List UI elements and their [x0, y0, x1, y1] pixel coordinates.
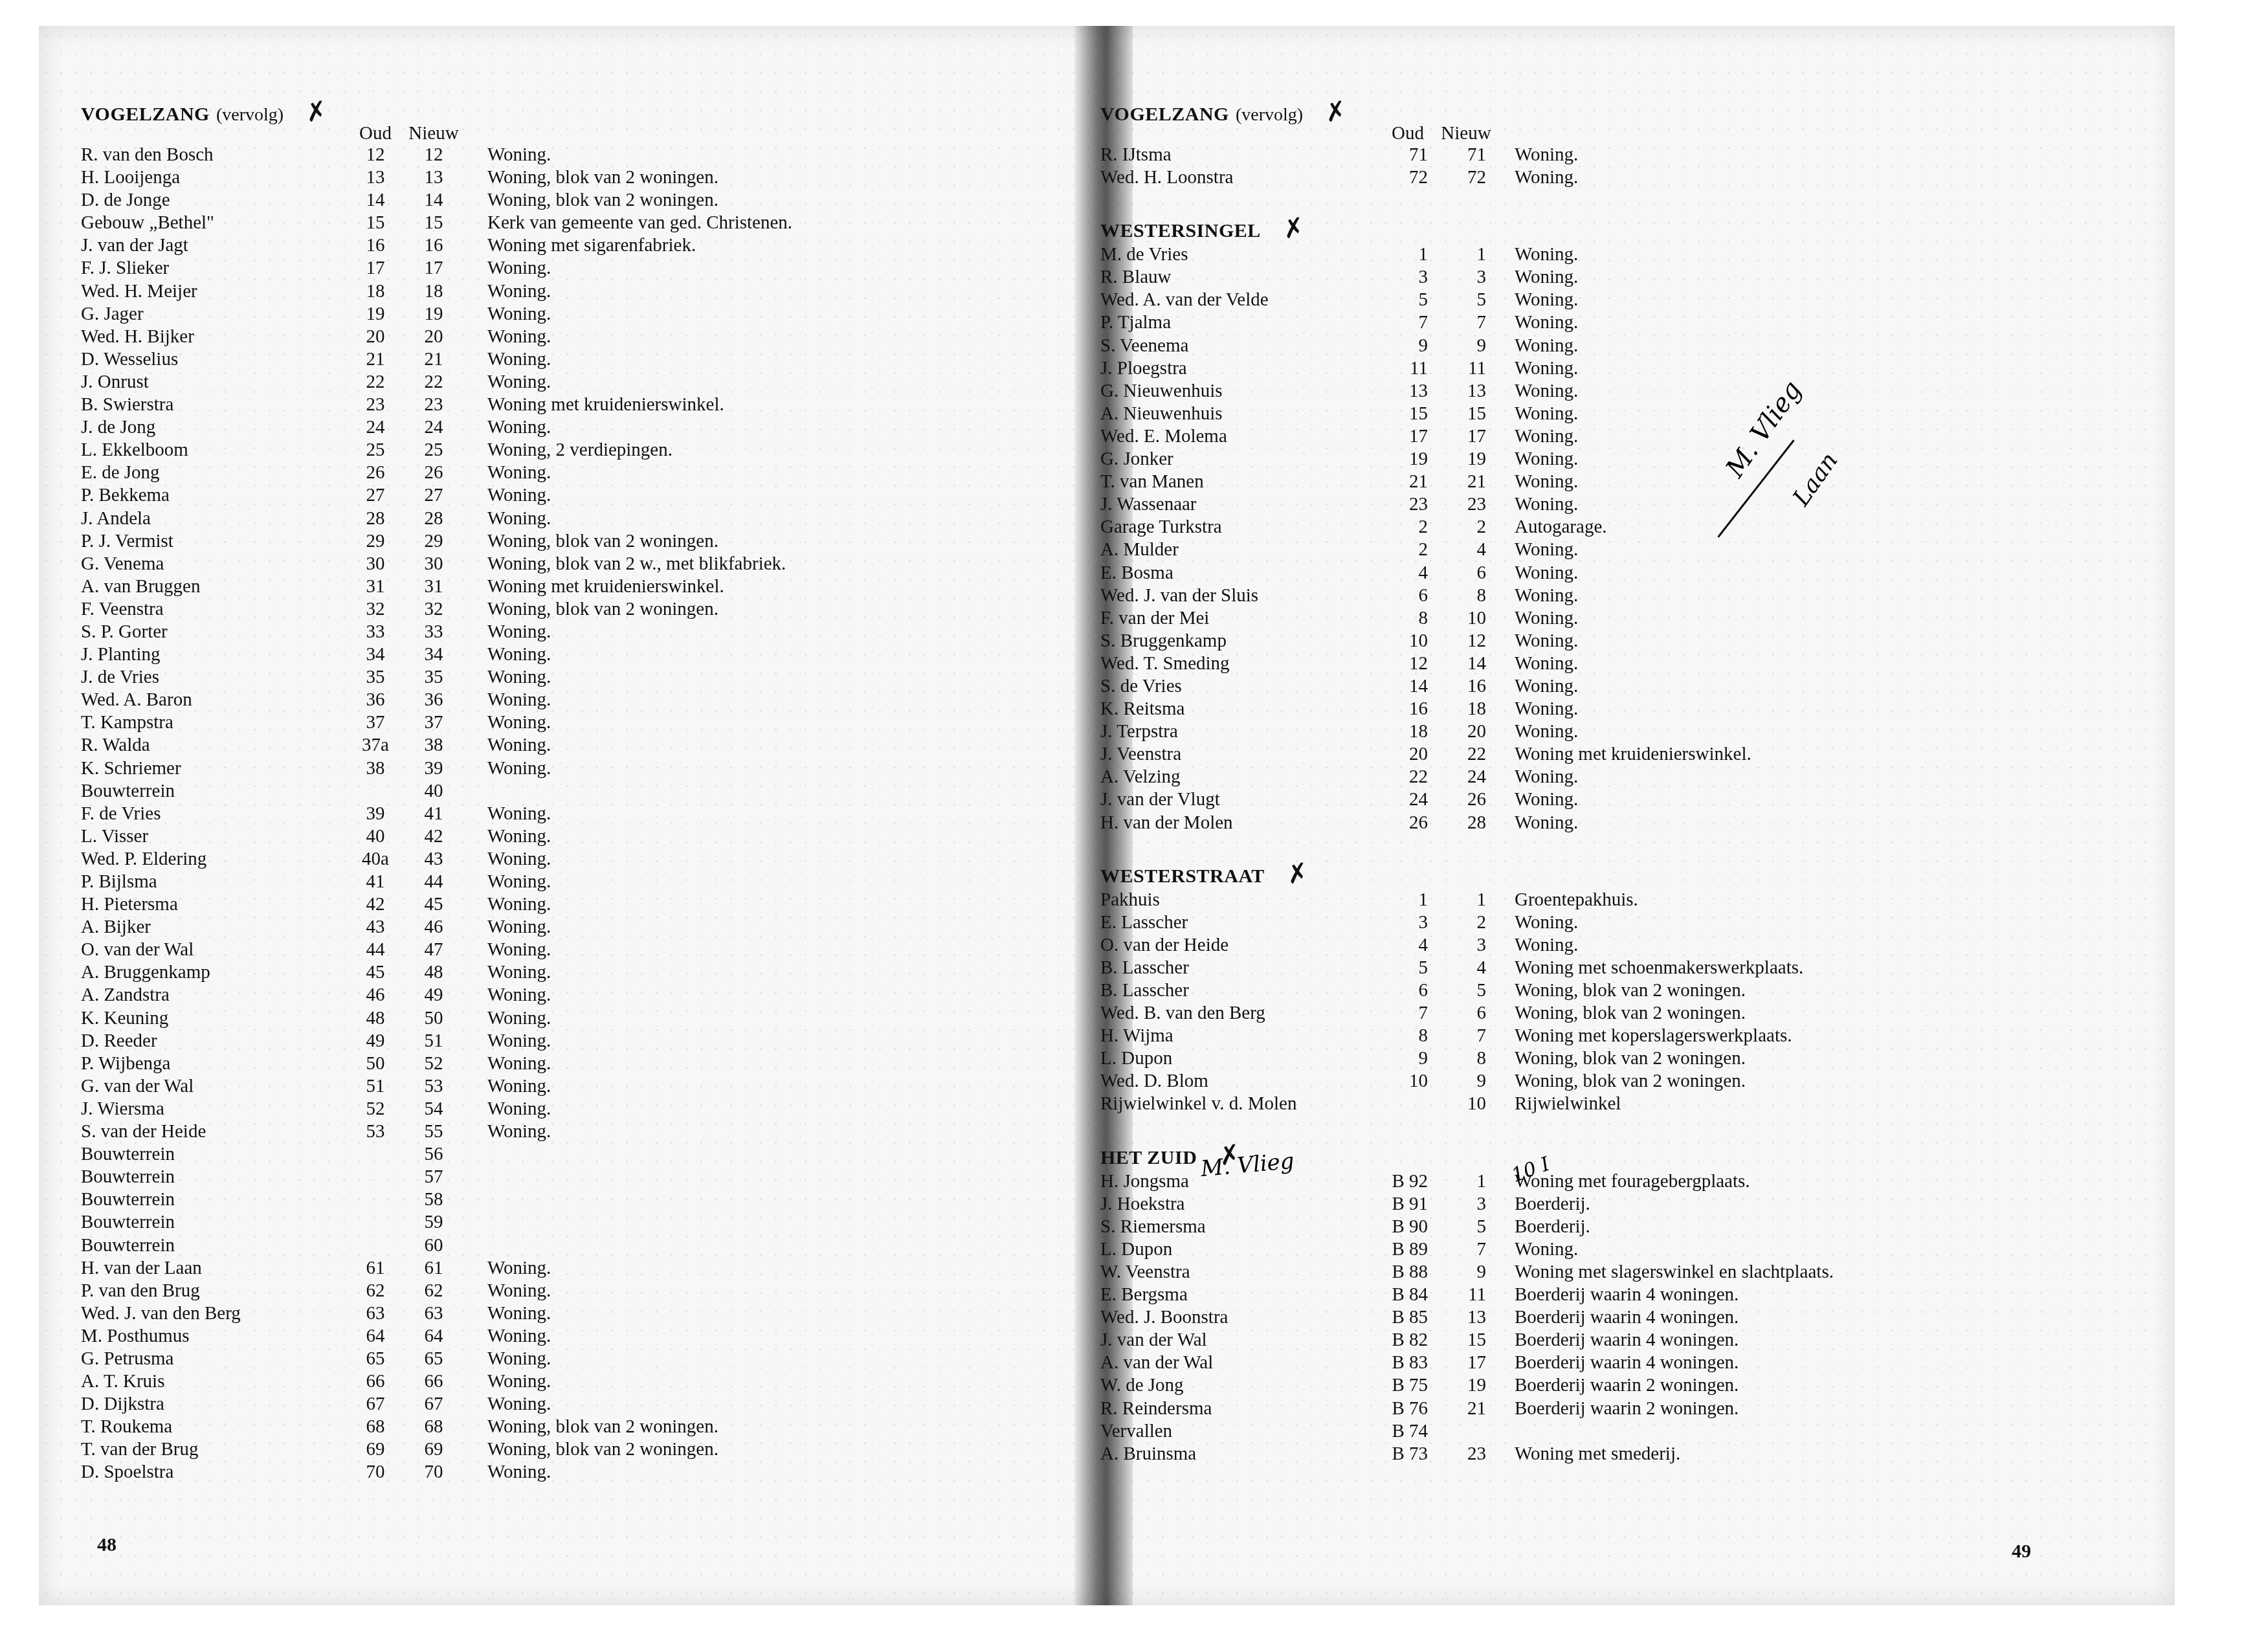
table-row: Bouwterrein58 — [81, 1188, 1052, 1211]
property-description: Rijwielwinkel — [1495, 1093, 2071, 1115]
resident-name: Bouwterrein — [81, 1143, 346, 1166]
property-description: Boerderij waarin 4 woningen. — [1495, 1284, 2071, 1306]
new-number: 12 — [1437, 630, 1495, 652]
old-number: 45 — [346, 961, 405, 984]
new-number: 35 — [405, 666, 463, 689]
new-number: 24 — [1437, 766, 1495, 788]
table-row: D. Spoelstra7070Woning. — [81, 1461, 1052, 1484]
new-number: 60 — [405, 1234, 463, 1257]
old-number: 2 — [1379, 539, 1437, 561]
new-number: 1 — [1437, 1170, 1495, 1193]
property-description: Autogarage. — [1495, 516, 2071, 539]
resident-name: P. Bekkema — [81, 484, 346, 507]
old-number: 9 — [1379, 335, 1437, 357]
old-number: 28 — [346, 507, 405, 530]
table-row: Wed. T. Smeding1214Woning. — [1100, 652, 2071, 675]
property-description: Woning. — [463, 734, 1052, 757]
property-description: Woning. — [463, 621, 1052, 643]
old-number: 20 — [1379, 743, 1437, 766]
table-row: B. Lasscher65Woning, blok van 2 woningen… — [1100, 979, 2071, 1002]
resident-name: E. Bergsma — [1100, 1284, 1379, 1306]
table-row: R. Blauw33Woning. — [1100, 266, 2071, 289]
old-number — [346, 1166, 405, 1188]
new-number: 48 — [405, 961, 463, 984]
new-number: 5 — [1437, 289, 1495, 311]
resident-name: Gebouw „Bethel" — [81, 212, 346, 234]
resident-name: J. van der Jagt — [81, 234, 346, 257]
property-description — [1495, 1420, 2071, 1443]
property-description: Woning. — [1495, 934, 2071, 957]
old-number: 61 — [346, 1257, 405, 1280]
property-description: Woning, blok van 2 woningen. — [463, 189, 1052, 212]
property-description: Woning, 2 verdiepingen. — [463, 439, 1052, 462]
resident-name: T. van der Brug — [81, 1438, 346, 1461]
new-number: 15 — [1437, 1329, 1495, 1352]
old-number: 11 — [1379, 357, 1437, 380]
column-header-nieuw: Nieuw — [405, 123, 463, 144]
new-number: 9 — [1437, 335, 1495, 357]
resident-name: D. Dijkstra — [81, 1393, 346, 1416]
table-row: S. Veenema99Woning. — [1100, 335, 2071, 357]
table-row: Wed. A. Baron3636Woning. — [81, 689, 1052, 711]
table-row: K. Schriemer3839Woning. — [81, 757, 1052, 780]
table-row: J. Planting3434Woning. — [81, 643, 1052, 666]
property-description: Woning. — [463, 916, 1052, 939]
resident-name: Wed. T. Smeding — [1100, 652, 1379, 675]
old-number: 64 — [346, 1325, 405, 1348]
old-number: B 88 — [1379, 1261, 1437, 1284]
new-number: 55 — [405, 1120, 463, 1143]
table-row: J. Terpstra1820Woning. — [1100, 720, 2071, 743]
old-number: 69 — [346, 1438, 405, 1461]
table-row: A. Bijker4346Woning. — [81, 916, 1052, 939]
resident-name: E. de Jong — [81, 462, 346, 484]
table-row: J. Onrust2222Woning. — [81, 371, 1052, 394]
resident-name: G. Jager — [81, 303, 346, 326]
table-row: B. Lasscher54Woning met schoenmakerswerk… — [1100, 957, 2071, 979]
new-number: 58 — [405, 1188, 463, 1211]
table-row: F. Veenstra3232Woning, blok van 2 woning… — [81, 598, 1052, 621]
resident-name: G. Jonker — [1100, 448, 1379, 471]
section-header: VOGELZANG(vervolg)✗ — [1100, 97, 2071, 123]
property-description: Woning. — [463, 144, 1052, 166]
property-description: Woning. — [1495, 630, 2071, 652]
new-number: 36 — [405, 689, 463, 711]
old-number: 12 — [1379, 652, 1437, 675]
new-number: 15 — [405, 212, 463, 234]
property-description: Woning. — [463, 1302, 1052, 1325]
property-description: Kerk van gemeente van ged. Christenen. — [463, 212, 1052, 234]
new-number: 7 — [1437, 1025, 1495, 1047]
table-row: Bouwterrein40 — [81, 780, 1052, 803]
old-number: 33 — [346, 621, 405, 643]
table-row: A. Mulder24Woning. — [1100, 539, 2071, 561]
table-row: S. Bruggenkamp1012Woning. — [1100, 630, 2071, 652]
resident-name: P. J. Vermist — [81, 530, 346, 553]
property-description: Woning. — [1495, 788, 2071, 811]
old-number: 22 — [346, 371, 405, 394]
table-row: L. DuponB 897Woning. — [1100, 1238, 2071, 1261]
new-number: 18 — [405, 280, 463, 303]
table-row: F. van der Mei810Woning. — [1100, 607, 2071, 630]
resident-name: J. Wiersma — [81, 1098, 346, 1120]
resident-name: T. Kampstra — [81, 711, 346, 734]
resident-name: S. P. Gorter — [81, 621, 346, 643]
resident-name: J. de Jong — [81, 416, 346, 439]
resident-name: T. van Manen — [1100, 471, 1379, 493]
property-description: Woning. — [463, 280, 1052, 303]
table-row: J. van der WalB 8215Boerderij waarin 4 w… — [1100, 1329, 2071, 1352]
table-row: F. J. Slieker1717Woning. — [81, 257, 1052, 280]
resident-name: A. Bijker — [81, 916, 346, 939]
old-number: 40 — [346, 825, 405, 848]
property-description: Woning met kruidenierswinkel. — [463, 575, 1052, 598]
new-number: 3 — [1437, 934, 1495, 957]
old-number: 26 — [1379, 812, 1437, 834]
resident-name: Bouwterrein — [81, 1166, 346, 1188]
property-description: Woning. — [1495, 1238, 2071, 1261]
table-row: Wed. H. Bijker2020Woning. — [81, 326, 1052, 348]
table-row: G. Jonker1919Woning. — [1100, 448, 2071, 471]
table-row: Bouwterrein59 — [81, 1211, 1052, 1234]
table-row: J. van der Jagt1616Woning met sigarenfab… — [81, 234, 1052, 257]
old-number: 5 — [1379, 957, 1437, 979]
check-mark-icon: ✗ — [303, 95, 329, 128]
property-description: Woning. — [1495, 266, 2071, 289]
property-description: Woning met slagerswinkel en slachtplaats… — [1495, 1261, 2071, 1284]
table-row: W. de JongB 7519Boerderij waarin 2 wonin… — [1100, 1374, 2071, 1397]
resident-name: O. van der Heide — [1100, 934, 1379, 957]
old-number: 13 — [1379, 380, 1437, 403]
property-description: Woning. — [1495, 425, 2071, 448]
property-description: Woning met smederij. — [1495, 1443, 2071, 1465]
resident-name: Wed. H. Loonstra — [1100, 166, 1379, 189]
old-number: 67 — [346, 1393, 405, 1416]
resident-name: Wed. A. Baron — [81, 689, 346, 711]
old-number: 41 — [346, 871, 405, 893]
table-row: J. de Vries3535Woning. — [81, 666, 1052, 689]
old-number: B 92 — [1379, 1170, 1437, 1193]
new-number: 26 — [1437, 788, 1495, 811]
new-number: 19 — [1437, 448, 1495, 471]
table-row: R. IJtsma7171Woning. — [1100, 144, 2071, 166]
resident-name: G. Petrusma — [81, 1348, 346, 1370]
old-number: 27 — [346, 484, 405, 507]
new-number: 14 — [1437, 652, 1495, 675]
property-description: Woning. — [463, 803, 1052, 825]
new-number: 22 — [1437, 743, 1495, 766]
table-row: T. Kampstra3737Woning. — [81, 711, 1052, 734]
old-number: 6 — [1379, 585, 1437, 607]
old-number: 48 — [346, 1007, 405, 1030]
table-row: E. Bosma46Woning. — [1100, 562, 2071, 585]
new-number: 70 — [405, 1461, 463, 1484]
property-description: Woning. — [463, 1052, 1052, 1075]
old-number: 8 — [1379, 607, 1437, 630]
table-row: Bouwterrein56 — [81, 1143, 1052, 1166]
table-row: T. van Manen2121Woning. — [1100, 471, 2071, 493]
old-number: 1 — [1379, 243, 1437, 266]
resident-name: B. Lasscher — [1100, 957, 1379, 979]
old-number: 68 — [346, 1416, 405, 1438]
property-description: Woning. — [463, 1325, 1052, 1348]
resident-name: Garage Turkstra — [1100, 516, 1379, 539]
new-number: 66 — [405, 1370, 463, 1393]
new-number: 21 — [405, 348, 463, 371]
new-number: 51 — [405, 1030, 463, 1052]
resident-name: A. Mulder — [1100, 539, 1379, 561]
resident-name: D. Wesselius — [81, 348, 346, 371]
new-number: 46 — [405, 916, 463, 939]
resident-name: H. Pietersma — [81, 893, 346, 916]
column-spacer — [1495, 123, 2071, 144]
old-number: 7 — [1379, 1002, 1437, 1025]
property-description: Woning, blok van 2 woningen. — [463, 166, 1052, 189]
property-description: Woning. — [1495, 812, 2071, 834]
new-number: 45 — [405, 893, 463, 916]
property-description: Woning. — [1495, 289, 2071, 311]
new-number: 15 — [1437, 403, 1495, 425]
property-description: Boerderij. — [1495, 1193, 2071, 1216]
table-row: M. de Vries11Woning. — [1100, 243, 2071, 266]
old-number: 17 — [1379, 425, 1437, 448]
property-description: Boerderij waarin 4 woningen. — [1495, 1329, 2071, 1352]
new-number: 52 — [405, 1052, 463, 1075]
new-number: 33 — [405, 621, 463, 643]
new-number: 28 — [405, 507, 463, 530]
resident-name: Wed. P. Eldering — [81, 848, 346, 871]
table-row: Pakhuis11Groentepakhuis. — [1100, 889, 2071, 911]
column-spacer — [463, 123, 1052, 144]
old-number: 1 — [1379, 889, 1437, 911]
old-number: 53 — [346, 1120, 405, 1143]
old-number: B 89 — [1379, 1238, 1437, 1261]
section-header: VOGELZANG(vervolg)✗ — [81, 97, 1052, 123]
property-description: Woning. — [1495, 562, 2071, 585]
street-name: WESTERSINGEL — [1100, 220, 1261, 242]
property-description: Woning. — [1495, 539, 2071, 561]
property-description: Woning. — [1495, 493, 2071, 516]
property-description: Woning. — [1495, 698, 2071, 720]
table-row: Wed. E. Molema1717Woning. — [1100, 425, 2071, 448]
old-number: 36 — [346, 689, 405, 711]
street-section: WESTERSTRAAT✗Pakhuis11Groentepakhuis.E. … — [1100, 859, 2071, 1116]
resident-name: J. Veenstra — [1100, 743, 1379, 766]
old-number: B 90 — [1379, 1216, 1437, 1238]
old-number: 15 — [346, 212, 405, 234]
table-row: G. Jager1919Woning. — [81, 303, 1052, 326]
table-row: E. Lasscher32Woning. — [1100, 911, 2071, 934]
table-row: P. van den Brug6262Woning. — [81, 1280, 1052, 1302]
resident-name: F. J. Slieker — [81, 257, 346, 280]
old-number: 10 — [1379, 630, 1437, 652]
old-number: 24 — [1379, 788, 1437, 811]
resident-name: Bouwterrein — [81, 1188, 346, 1211]
property-description: Woning. — [463, 1075, 1052, 1098]
resident-name: F. van der Mei — [1100, 607, 1379, 630]
old-number: B 73 — [1379, 1443, 1437, 1465]
new-number: 44 — [405, 871, 463, 893]
new-number: 5 — [1437, 979, 1495, 1002]
new-number: 23 — [405, 394, 463, 416]
table-row: B. Swierstra2323Woning met kruidenierswi… — [81, 394, 1052, 416]
old-number: 25 — [346, 439, 405, 462]
table-row: VervallenB 74 — [1100, 1420, 2071, 1443]
old-number: 51 — [346, 1075, 405, 1098]
new-number: 29 — [405, 530, 463, 553]
old-number: 6 — [1379, 979, 1437, 1002]
table-row: J. Ploegstra1111Woning. — [1100, 357, 2071, 380]
property-description: Woning met schoenmakerswerkplaats. — [1495, 957, 2071, 979]
new-number: 64 — [405, 1325, 463, 1348]
property-description: Woning. — [1495, 675, 2071, 698]
resident-name: S. Veenema — [1100, 335, 1379, 357]
resident-name: R. van den Bosch — [81, 144, 346, 166]
table-row: Wed. H. Loonstra7272Woning. — [1100, 166, 2071, 189]
new-number: 69 — [405, 1438, 463, 1461]
new-number: 47 — [405, 939, 463, 961]
old-number: 9 — [1379, 1047, 1437, 1070]
resident-name: K. Schriemer — [81, 757, 346, 780]
old-number: 52 — [346, 1098, 405, 1120]
old-number: 31 — [346, 575, 405, 598]
old-number: 62 — [346, 1280, 405, 1302]
new-number: 9 — [1437, 1070, 1495, 1093]
new-number: 11 — [1437, 1284, 1495, 1306]
resident-name: A. T. Kruis — [81, 1370, 346, 1393]
resident-name: J. de Vries — [81, 666, 346, 689]
resident-name: L. Visser — [81, 825, 346, 848]
new-number: 65 — [405, 1348, 463, 1370]
old-number: 38 — [346, 757, 405, 780]
old-number: 13 — [346, 166, 405, 189]
resident-name: J. Ploegstra — [1100, 357, 1379, 380]
table-row: H. van der Molen2628Woning. — [1100, 812, 2071, 834]
resident-name: B. Swierstra — [81, 394, 346, 416]
resident-name: L. Dupon — [1100, 1238, 1379, 1261]
table-row: Wed. D. Blom109Woning, blok van 2 woning… — [1100, 1070, 2071, 1093]
property-description: Woning. — [463, 893, 1052, 916]
resident-name: H. Wijma — [1100, 1025, 1379, 1047]
resident-name: J. van der Wal — [1100, 1329, 1379, 1352]
table-row: P. J. Vermist2929Woning, blok van 2 woni… — [81, 530, 1052, 553]
resident-name: P. van den Brug — [81, 1280, 346, 1302]
property-description: Woning. — [1495, 911, 2071, 934]
property-description: Woning. — [463, 1348, 1052, 1370]
resident-name: G. van der Wal — [81, 1075, 346, 1098]
old-number: 16 — [346, 234, 405, 257]
resident-name: Pakhuis — [1100, 889, 1379, 911]
property-description: Woning met koperslagerswerkplaats. — [1495, 1025, 2071, 1047]
property-description: Woning. — [463, 1280, 1052, 1302]
resident-name: Wed. A. van der Velde — [1100, 289, 1379, 311]
new-number: 31 — [405, 575, 463, 598]
old-number: 42 — [346, 893, 405, 916]
table-row: A. Bruggenkamp4548Woning. — [81, 961, 1052, 984]
table-row: G. Venema3030Woning, blok van 2 w., met … — [81, 553, 1052, 575]
resident-name: K. Keuning — [81, 1007, 346, 1030]
old-number: 34 — [346, 643, 405, 666]
table-row: Wed. H. Meijer1818Woning. — [81, 280, 1052, 303]
old-number: 3 — [1379, 911, 1437, 934]
new-number: 11 — [1437, 357, 1495, 380]
old-number: 72 — [1379, 166, 1437, 189]
resident-name: J. van der Vlugt — [1100, 788, 1379, 811]
table-row: M. Posthumus6464Woning. — [81, 1325, 1052, 1348]
section-header: WESTERSTRAAT✗ — [1100, 859, 2071, 885]
new-number: 7 — [1437, 311, 1495, 334]
resident-name: Rijwielwinkel v. d. Molen — [1100, 1093, 1379, 1115]
old-number: 39 — [346, 803, 405, 825]
table-row: K. Reitsma1618Woning. — [1100, 698, 2071, 720]
column-headers: OudNieuw — [81, 123, 1052, 144]
old-number: 22 — [1379, 766, 1437, 788]
old-number: 65 — [346, 1348, 405, 1370]
table-row: J. Wassenaar2323Woning. — [1100, 493, 2071, 516]
table-row: Wed. J. van der Sluis68Woning. — [1100, 585, 2071, 607]
property-description: Woning. — [1495, 607, 2071, 630]
table-row: O. van der Heide43Woning. — [1100, 934, 2071, 957]
property-description: Woning. — [1495, 652, 2071, 675]
new-number: 10 — [1437, 1093, 1495, 1115]
resident-name: J. Planting — [81, 643, 346, 666]
new-number: 57 — [405, 1166, 463, 1188]
old-number: 40a — [346, 848, 405, 871]
right-page: VOGELZANG(vervolg)✗OudNieuwR. IJtsma7171… — [1100, 97, 2071, 1490]
new-number: 23 — [1437, 493, 1495, 516]
old-number: 19 — [1379, 448, 1437, 471]
resident-name: A. Nieuwenhuis — [1100, 403, 1379, 425]
old-number — [346, 1188, 405, 1211]
table-row: S. P. Gorter3333Woning. — [81, 621, 1052, 643]
property-description: Groentepakhuis. — [1495, 889, 2071, 911]
new-number: 49 — [405, 984, 463, 1007]
table-row: Gebouw „Bethel"1515Kerk van gemeente van… — [81, 212, 1052, 234]
table-row: D. Dijkstra6767Woning. — [81, 1393, 1052, 1416]
old-number: 43 — [346, 916, 405, 939]
old-number: 5 — [1379, 289, 1437, 311]
table-row: A. van der WalB 8317Boerderij waarin 4 w… — [1100, 1352, 2071, 1374]
left-page: VOGELZANG(vervolg)✗OudNieuwR. van den Bo… — [81, 97, 1052, 1509]
resident-name: T. Roukema — [81, 1416, 346, 1438]
table-row: D. de Jonge1414Woning, blok van 2 woning… — [81, 189, 1052, 212]
column-header-nieuw: Nieuw — [1437, 123, 1495, 144]
old-number: B 74 — [1379, 1420, 1437, 1443]
property-description: Woning met kruidenierswinkel. — [1495, 743, 2071, 766]
old-number: B 84 — [1379, 1284, 1437, 1306]
resident-name: D. Spoelstra — [81, 1461, 346, 1484]
resident-name: Wed. E. Molema — [1100, 425, 1379, 448]
old-number: 14 — [1379, 675, 1437, 698]
old-number: 2 — [1379, 516, 1437, 539]
new-number: 61 — [405, 1257, 463, 1280]
new-number: 13 — [1437, 1306, 1495, 1329]
old-number: 63 — [346, 1302, 405, 1325]
resident-name: S. Riemersma — [1100, 1216, 1379, 1238]
table-row: P. Wijbenga5052Woning. — [81, 1052, 1052, 1075]
resident-name: Wed. B. van den Berg — [1100, 1002, 1379, 1025]
new-number: 30 — [405, 553, 463, 575]
new-number: 19 — [1437, 1374, 1495, 1397]
new-number: 2 — [1437, 911, 1495, 934]
property-description: Boerderij. — [1495, 1216, 2071, 1238]
resident-name: M. de Vries — [1100, 243, 1379, 266]
street-section: HET ZUID✗H. JongsmaB 921Woning met foura… — [1100, 1141, 2071, 1465]
new-number: 17 — [1437, 425, 1495, 448]
table-row: J. van der Vlugt2426Woning. — [1100, 788, 2071, 811]
property-description — [463, 1143, 1052, 1166]
new-number: 62 — [405, 1280, 463, 1302]
